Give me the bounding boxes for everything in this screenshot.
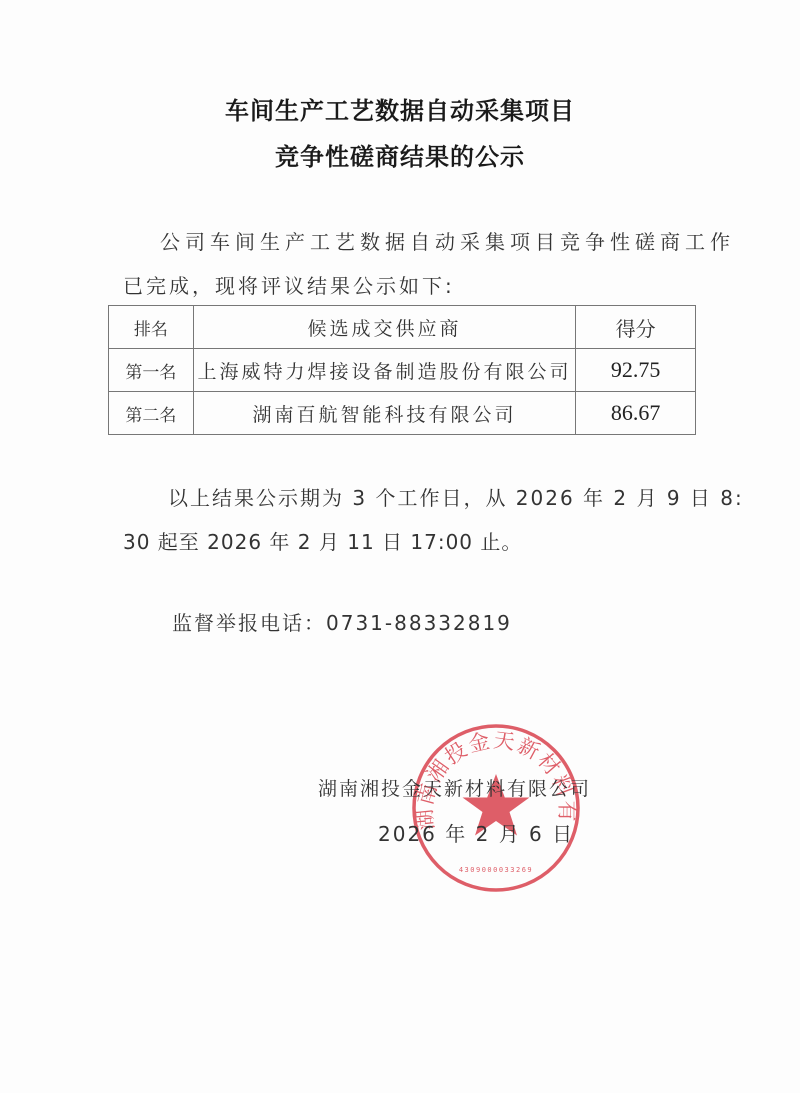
company-seal-icon: 湖南湘投金天新材料有限公司 4309000033269 [410, 722, 582, 894]
document-page: 车间生产工艺数据自动采集项目 竞争性磋商结果的公示 公司车间生产工艺数据自动采集… [0, 0, 800, 1093]
signature-company: 湖南湘投金天新材料有限公司 [318, 774, 591, 801]
document-title-line2: 竞争性磋商结果的公示 [0, 137, 800, 172]
header-rank: 排名 [109, 306, 194, 349]
cell-score: 86.67 [576, 392, 696, 435]
notice-paragraph-line2: 30 起至 2026 年 2 月 11 日 17:00 止。 [123, 526, 522, 555]
cell-supplier: 湖南百航智能科技有限公司 [193, 392, 576, 435]
hotline-text: 监督举报电话：0731-88332819 [172, 607, 512, 636]
cell-supplier: 上海威特力焊接设备制造股份有限公司 [193, 349, 576, 392]
cell-score: 92.75 [576, 349, 696, 392]
table-header-row: 排名 候选成交供应商 得分 [109, 306, 696, 349]
results-table: 排名 候选成交供应商 得分 第一名 上海威特力焊接设备制造股份有限公司 92.7… [108, 305, 696, 435]
document-title-line1: 车间生产工艺数据自动采集项目 [0, 91, 800, 126]
signature-date: 2026 年 2 月 6 日 [378, 818, 574, 847]
table-row: 第二名 湖南百航智能科技有限公司 86.67 [109, 392, 696, 435]
cell-rank: 第二名 [109, 392, 194, 435]
cell-rank: 第一名 [109, 349, 194, 392]
header-supplier: 候选成交供应商 [193, 306, 576, 349]
header-score: 得分 [576, 306, 696, 349]
table-row: 第一名 上海威特力焊接设备制造股份有限公司 92.75 [109, 349, 696, 392]
notice-paragraph-line1: 以上结果公示期为 3 个工作日，从 2026 年 2 月 9 日 8: [168, 482, 744, 511]
intro-paragraph-line1: 公司车间生产工艺数据自动采集项目竞争性磋商工作 [160, 226, 735, 255]
seal-serial: 4309000033269 [459, 866, 533, 874]
intro-paragraph-line2: 已完成，现将评议结果公示如下: [123, 270, 455, 299]
